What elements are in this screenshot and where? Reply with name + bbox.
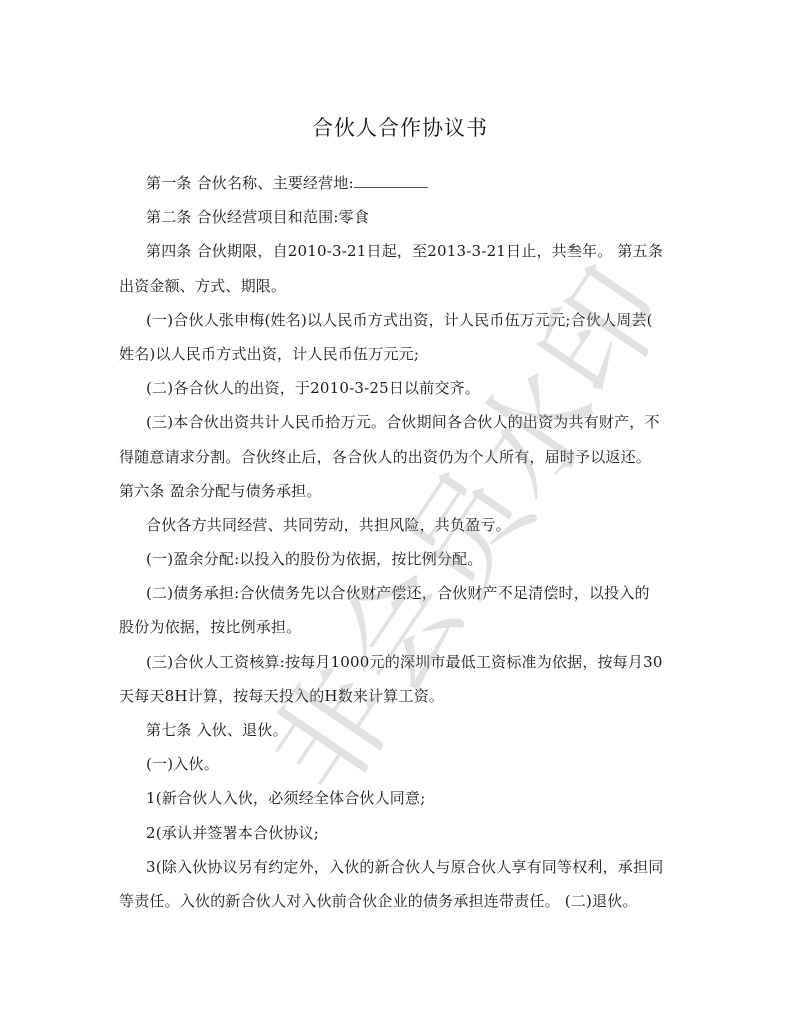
clause-6-item-1-line: (一)盈余分配:以投入的股份为依据，按比例分配。 [119, 546, 681, 580]
clause-6-item-2-line: (二)债务承担:合伙债务先以合伙财产偿还，合伙财产不足清偿时，以投入的 [119, 580, 681, 614]
document-page: 合伙人合作协议书 第一条 合伙名称、主要经营地: 第二条 合伙经营项目和范围:零… [0, 0, 800, 1035]
clause-5-item-1-line: (一)合伙人张申梅(姓名)以人民币方式出资，计人民币伍万元元;合伙人周芸( [119, 307, 681, 341]
clause-7-line: 第七条 入伙、退伙。 [119, 717, 681, 751]
clause-7-sub-1-line: 1(新合伙人入伙，必须经全体合伙人同意; [119, 785, 681, 819]
fill-in-blank [354, 173, 428, 188]
clause-5-item-3-cont: 得随意请求分割。合伙终止后，各合伙人的出资仍为个人所有，届时予以返还。 [119, 444, 681, 478]
clause-5-item-2-line: (二)各合伙人的出资，于2010-3-25日以前交齐。 [119, 375, 681, 409]
document-title: 合伙人合作协议书 [0, 112, 800, 142]
clause-6-item-3-line: (三)合伙人工资核算:按每月1000元的深圳市最低工资标准为依据，按每月30 [119, 649, 681, 683]
clause-5-item-1-cont: 姓名)以人民币方式出资，计人民币伍万元元; [119, 341, 681, 375]
line-text: 第一条 合伙名称、主要经营地: [146, 174, 354, 192]
clause-7-sub-2-line: 2(承认并签署本合伙协议; [119, 820, 681, 854]
document-body: 第一条 合伙名称、主要经营地: 第二条 合伙经营项目和范围:零食 第四条 合伙期… [119, 170, 681, 922]
clause-7-sub-3-cont: 等责任。入伙的新合伙人对入伙前合伙企业的债务承担连带责任。 (二)退伙。 [119, 888, 681, 922]
clause-4-line: 第四条 合伙期限，自2010-3-21日起，至2013-3-21日止，共叁年。 … [119, 238, 681, 272]
clause-2-line: 第二条 合伙经营项目和范围:零食 [119, 204, 681, 238]
clause-7-sub-3-line: 3(除入伙协议另有约定外，入伙的新合伙人与原合伙人享有同等权利，承担同 [119, 854, 681, 888]
clause-1-line: 第一条 合伙名称、主要经营地: [119, 170, 681, 204]
clause-6-item-3-cont: 天每天8H计算，按每天投入的H数来计算工资。 [119, 683, 681, 717]
clause-7-item-1-line: (一)入伙。 [119, 751, 681, 785]
clause-6-item-2-cont: 股份为依据，按比例承担。 [119, 614, 681, 648]
clause-6-intro: 合伙各方共同经营、共同劳动，共担风险，共负盈亏。 [119, 512, 681, 546]
clause-6-line: 第六条 盈余分配与债务承担。 [119, 478, 681, 512]
clause-5-item-3-line: (三)本合伙出资共计人民币拾万元。合伙期间各合伙人的出资为共有财产，不 [119, 409, 681, 443]
clause-5-line: 出资金额、方式、期限。 [119, 273, 681, 307]
